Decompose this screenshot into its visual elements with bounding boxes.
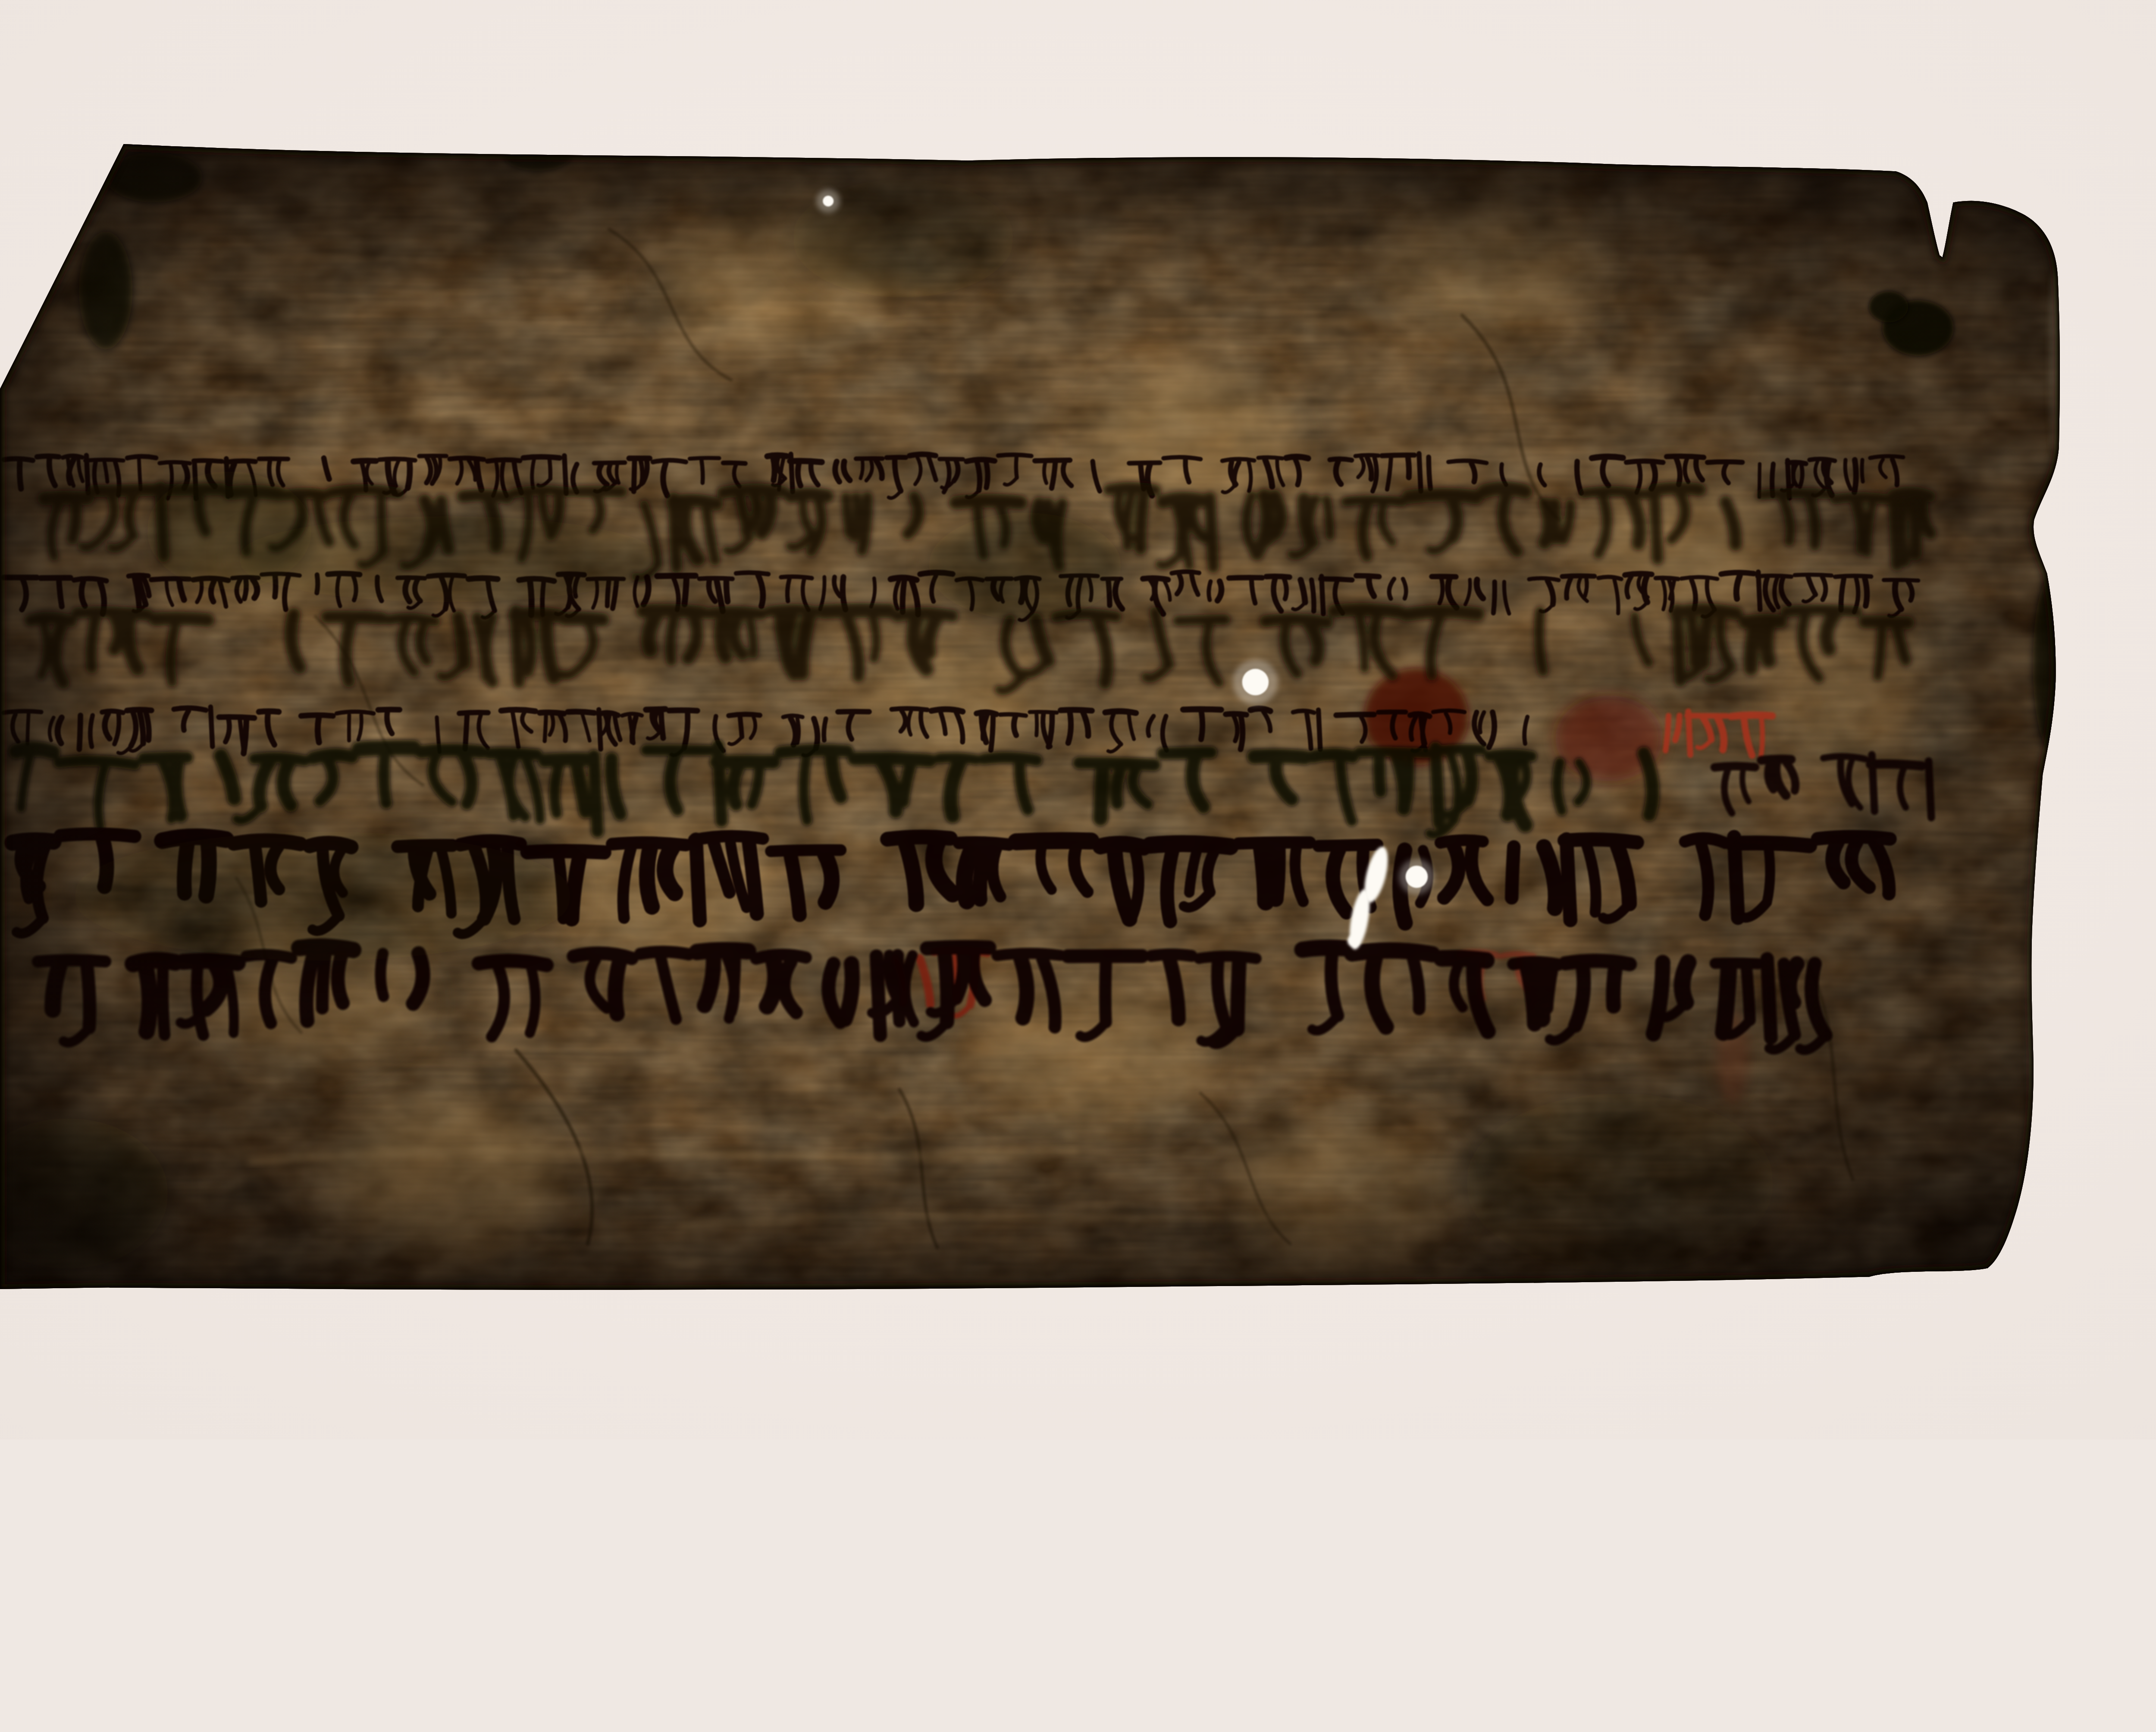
lightbox-photo (0, 0, 2156, 1440)
wormhole-center (1242, 669, 1269, 696)
manuscript-photo (0, 0, 2156, 1440)
hole-round-right (1406, 866, 1428, 888)
vignette-shading (0, 136, 2075, 1298)
manuscript-leaf (0, 136, 2075, 1298)
tear-streak-tip (1347, 935, 1359, 947)
pinhole-top (823, 196, 834, 207)
